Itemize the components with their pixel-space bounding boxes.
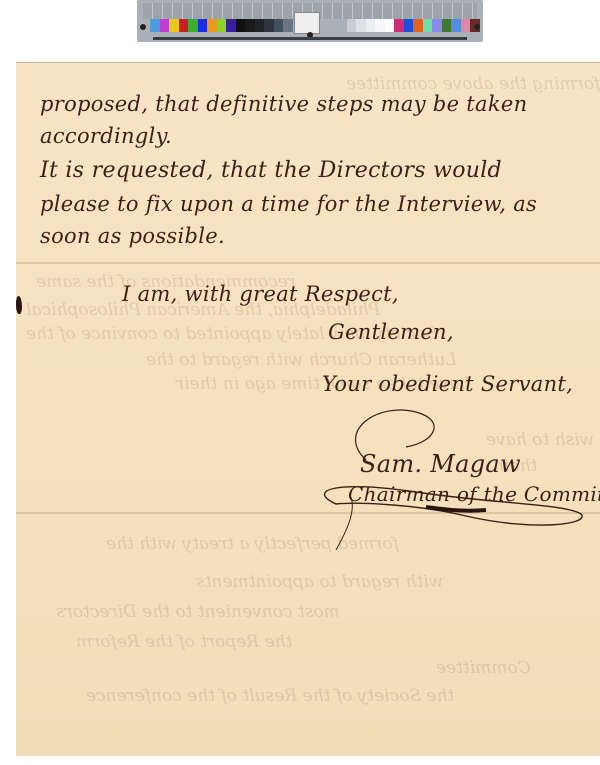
color-swatch [442, 19, 452, 32]
color-swatch [274, 19, 284, 32]
bleed-through-text: most convenient to the Directors [56, 602, 340, 622]
color-swatch [255, 19, 265, 32]
ink-blot [16, 296, 22, 314]
color-swatch [356, 19, 366, 32]
bleed-through-text: with regard to appointments [196, 572, 443, 592]
target-label [294, 12, 320, 34]
color-swatch [366, 19, 376, 32]
color-swatch [198, 19, 208, 32]
bleed-through-text: Lutheran Church with regard to the [146, 350, 457, 370]
color-swatch [451, 19, 461, 32]
color-swatch [226, 19, 236, 32]
target-hole-left [140, 24, 146, 30]
letter-line: proposed, that definitive steps may be t… [40, 92, 527, 116]
color-swatch [283, 19, 293, 32]
letter-line: It is requested, that the Directors woul… [40, 158, 502, 183]
color-swatch [375, 19, 385, 32]
closing-line: I am, with great Respect, [122, 282, 399, 306]
bleed-through-text: the Report of the Reform [76, 632, 292, 652]
letter-line: accordingly. [40, 124, 172, 148]
target-bottom-bar [153, 37, 467, 40]
color-swatch [169, 19, 179, 32]
salutation-line: Gentlemen, [328, 320, 454, 344]
bleed-through-text: the Society of the Result of the confere… [86, 686, 454, 706]
color-swatch [423, 19, 433, 32]
bleed-through-text: forming the above committee [346, 74, 600, 94]
color-swatch [188, 19, 198, 32]
color-swatch [207, 19, 217, 32]
color-swatch [347, 19, 357, 32]
color-swatch [394, 19, 404, 32]
color-swatch [432, 19, 442, 32]
signature-flourish [296, 392, 596, 552]
color-swatch [236, 19, 246, 32]
color-swatch [150, 19, 160, 32]
color-swatch [461, 19, 471, 32]
color-swatch [217, 19, 227, 32]
letter-page: forming the above committee recommendati… [16, 62, 600, 756]
fold-line-upper [16, 262, 600, 264]
color-swatches-left [150, 19, 293, 32]
color-swatch [160, 19, 170, 32]
color-swatch [245, 19, 255, 32]
color-calibration-target [137, 0, 483, 42]
bleed-through-text: Committee [436, 658, 531, 678]
letter-line: soon as possible. [40, 224, 225, 248]
letter-line: please to fix upon a time for the Interv… [40, 192, 537, 216]
color-swatch [404, 19, 414, 32]
color-swatch [264, 19, 274, 32]
color-swatch [413, 19, 423, 32]
color-swatches-right [337, 19, 480, 32]
color-swatch [385, 19, 395, 32]
color-swatch [179, 19, 189, 32]
color-swatch [337, 19, 347, 32]
target-hole-right [474, 24, 480, 30]
